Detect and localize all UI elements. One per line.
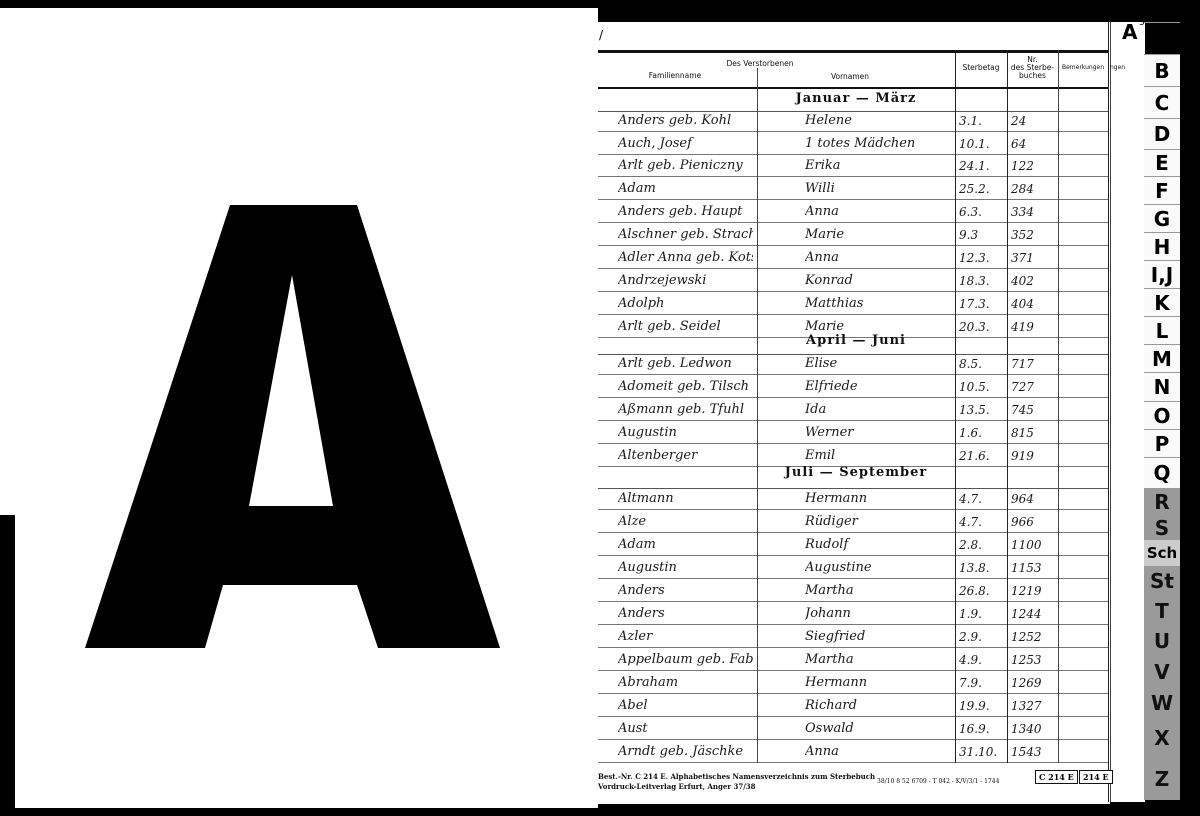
row-rule — [598, 397, 1108, 398]
given-name-cell: Konrad — [805, 272, 953, 290]
death-date-cell: 21.6. — [959, 447, 1005, 465]
death-date-cell: 6.3. — [959, 203, 1005, 221]
alphabet-tab-r[interactable]: R — [1144, 488, 1180, 515]
table-top-rule — [598, 50, 1108, 53]
column-divider-date — [955, 50, 956, 763]
death-date-cell: 1.9. — [959, 605, 1005, 623]
alphabet-tabs: ABCDEFGHI,JKLMNOPQRSSchStTUVWXZ — [1144, 18, 1182, 808]
register-number-cell: 334 — [1011, 203, 1057, 221]
given-name-cell: Willi — [805, 180, 953, 198]
register-number-cell: 404 — [1011, 295, 1057, 313]
register-number-cell: 371 — [1011, 249, 1057, 267]
family-name-cell: Anders — [618, 582, 753, 600]
family-name-cell: Arlt geb. Pieniczny — [618, 157, 753, 175]
alphabet-tab-g[interactable]: G — [1144, 204, 1180, 232]
corner-letter-left: A — [1122, 20, 1137, 44]
row-rule — [598, 532, 1108, 533]
header-bottom-rule — [598, 87, 1108, 89]
row-rule — [598, 716, 1108, 717]
row-rule — [598, 199, 1108, 200]
register-number-cell: 402 — [1011, 272, 1057, 290]
section-title: April — Juni — [757, 333, 955, 348]
row-rule — [598, 268, 1108, 269]
alphabet-tab-v[interactable]: V — [1144, 656, 1180, 687]
family-name-cell: Aßmann geb. Tfuhl — [618, 401, 753, 419]
footer-print-code: 38/10 8 52 6709 - T 042 - K/V/3/1 - 1744 — [877, 778, 999, 785]
given-name-cell: Rudolf — [805, 536, 953, 554]
death-date-cell: 12.3. — [959, 249, 1005, 267]
alphabet-tab-d[interactable]: D — [1144, 118, 1180, 149]
given-name-cell: Erika — [805, 157, 953, 175]
section-title: Januar — März — [757, 91, 955, 106]
death-date-cell: 2.8. — [959, 536, 1005, 554]
death-date-cell: 4.9. — [959, 651, 1005, 669]
given-name-cell: Anna — [805, 743, 953, 761]
row-rule — [598, 131, 1108, 132]
register-number-cell: 727 — [1011, 378, 1057, 396]
family-name-cell: Arndt geb. Jäschke — [618, 743, 753, 761]
row-rule — [598, 578, 1108, 579]
family-name-cell: Arlt geb. Ledwon — [618, 355, 753, 373]
alphabet-tab-f[interactable]: F — [1144, 176, 1180, 204]
alphabet-tab-u[interactable]: U — [1144, 625, 1180, 656]
given-name-cell: Oswald — [805, 720, 953, 738]
given-name-cell: Anna — [805, 203, 953, 221]
column-divider-given — [757, 68, 758, 763]
alphabet-tab-w[interactable]: W — [1144, 687, 1180, 718]
alphabet-tab-k[interactable]: K — [1144, 288, 1180, 316]
family-name-cell: Altenberger — [618, 447, 753, 465]
given-name-cell: Ida — [805, 401, 953, 419]
row-rule — [598, 509, 1108, 510]
alphabet-tab-st[interactable]: St — [1144, 566, 1180, 595]
alphabet-tab-s[interactable]: S — [1144, 515, 1180, 539]
row-rule — [598, 670, 1108, 671]
given-name-cell: Marie — [805, 226, 953, 244]
register-number-cell: 1252 — [1011, 628, 1057, 646]
header-given-names: Vornamen — [780, 73, 920, 81]
header-remarks: Bemerkungen — [1058, 64, 1108, 72]
header-register-number: Nr. des Sterbe- buches — [1007, 56, 1058, 80]
death-date-cell: 24.1. — [959, 157, 1005, 175]
header-group-title: Des Verstorbenen — [700, 60, 820, 68]
family-name-cell: Anders geb. Kohl — [618, 112, 753, 130]
section-rule — [598, 488, 1108, 489]
given-name-cell: Hermann — [805, 674, 953, 692]
alphabet-tab-b[interactable]: B — [1144, 54, 1180, 86]
alphabet-tab-c[interactable]: C — [1144, 86, 1180, 118]
header-death-date: Sterbetag — [955, 64, 1007, 72]
row-rule — [598, 314, 1108, 315]
death-date-cell: 19.9. — [959, 697, 1005, 715]
row-rule — [598, 291, 1108, 292]
row-rule — [598, 443, 1108, 444]
given-name-cell: Emil — [805, 447, 953, 465]
given-name-cell: Siegfried — [805, 628, 953, 646]
row-rule — [598, 176, 1108, 177]
family-name-cell: Augustin — [618, 424, 753, 442]
death-date-cell: 4.7. — [959, 513, 1005, 531]
family-name-cell: Appelbaum geb. Fabian — [618, 651, 753, 669]
alphabet-tab-l[interactable]: L — [1144, 316, 1180, 344]
register-number-cell: 1340 — [1011, 720, 1057, 738]
given-name-cell: Helene — [805, 112, 953, 130]
column-divider-remarks — [1058, 50, 1059, 763]
family-name-cell: Anders — [618, 605, 753, 623]
row-rule — [598, 420, 1108, 421]
family-name-cell: Adam — [618, 536, 753, 554]
given-name-cell: Martha — [805, 582, 953, 600]
family-name-cell: Andrzejewski — [618, 272, 753, 290]
family-name-cell: Adam — [618, 180, 753, 198]
alphabet-tab-a[interactable]: A — [1144, 22, 1180, 54]
page-edge-strip — [1110, 22, 1145, 802]
given-name-cell: Elfriede — [805, 378, 953, 396]
row-rule — [598, 222, 1108, 223]
family-name-cell: Aust — [618, 720, 753, 738]
given-name-cell: Hermann — [805, 490, 953, 508]
death-date-cell: 3.1. — [959, 112, 1005, 130]
row-rule — [598, 601, 1108, 602]
register-number-cell: 919 — [1011, 447, 1057, 465]
alphabet-tab-p[interactable]: P — [1144, 429, 1180, 457]
death-date-cell: 7.9. — [959, 674, 1005, 692]
alphabet-tab-t[interactable]: T — [1144, 595, 1180, 625]
death-date-cell: 8.5. — [959, 355, 1005, 373]
header-family-name: Familienname — [620, 72, 730, 80]
register-number-cell: 122 — [1011, 157, 1057, 175]
family-name-cell: Anders geb. Haupt — [618, 203, 753, 221]
family-name-cell: Auch, Josef — [618, 135, 753, 153]
family-name-cell: Augustin — [618, 559, 753, 577]
row-rule — [598, 762, 1108, 763]
alphabet-tab-sch[interactable]: Sch — [1144, 539, 1180, 566]
given-name-cell: Matthias — [805, 295, 953, 313]
row-rule — [598, 624, 1108, 625]
death-date-cell: 13.8. — [959, 559, 1005, 577]
given-name-cell: 1 totes Mädchen — [805, 135, 953, 153]
death-date-cell: 4.7. — [959, 490, 1005, 508]
form-number-box: C 214 E — [1035, 770, 1078, 784]
death-date-cell: 25.2. — [959, 180, 1005, 198]
row-rule — [598, 739, 1108, 740]
family-name-cell: Adler Anna geb. Kotsiom — [618, 249, 753, 267]
alphabet-tab-ij[interactable]: I,J — [1144, 260, 1180, 288]
page-edge-divider — [1108, 22, 1109, 802]
row-rule — [598, 693, 1108, 694]
alphabet-tab-e[interactable]: E — [1144, 149, 1180, 176]
death-date-cell: 31.10. — [959, 743, 1005, 761]
family-name-cell: Abel — [618, 697, 753, 715]
form-number-short-box: 214 E — [1079, 770, 1113, 784]
alphabet-tab-n[interactable]: N — [1144, 372, 1180, 401]
family-name-cell: Alze — [618, 513, 753, 531]
row-rule — [598, 555, 1108, 556]
death-date-cell: 16.9. — [959, 720, 1005, 738]
footer-order-line: Best.-Nr. C 214 E. Alphabetisches Namens… — [598, 772, 875, 781]
family-name-cell: Abraham — [618, 674, 753, 692]
row-rule — [598, 374, 1108, 375]
death-date-cell: 2.9. — [959, 628, 1005, 646]
death-date-cell: 9.3 — [959, 226, 1005, 244]
death-date-cell: 26.8. — [959, 582, 1005, 600]
given-name-cell: Werner — [805, 424, 953, 442]
given-name-cell: Anna — [805, 249, 953, 267]
register-number-cell: 419 — [1011, 318, 1057, 336]
death-date-cell: 20.3. — [959, 318, 1005, 336]
register-number-cell: 352 — [1011, 226, 1057, 244]
footer-publisher-line: Vordruck-Leitverlag Erfurt, Anger 37/38 — [598, 782, 756, 791]
given-name-cell: Johann — [805, 605, 953, 623]
alphabet-tab-m[interactable]: M — [1144, 344, 1180, 372]
index-letter-graphic — [0, 0, 600, 816]
row-rule — [598, 245, 1108, 246]
family-name-cell: Alschner geb. Strache — [618, 226, 753, 244]
given-name-cell: Rüdiger — [805, 513, 953, 531]
death-date-cell: 10.1. — [959, 135, 1005, 153]
given-name-cell: Martha — [805, 651, 953, 669]
register-number-cell: 815 — [1011, 424, 1057, 442]
register-number-cell: 1244 — [1011, 605, 1057, 623]
family-name-cell: Azler — [618, 628, 753, 646]
register-number-cell: 964 — [1011, 490, 1057, 508]
register-number-cell: 24 — [1011, 112, 1057, 130]
section-title: Juli — September — [757, 465, 955, 480]
family-name-cell: Adomeit geb. Tilsch — [618, 378, 753, 396]
given-name-cell: Richard — [805, 697, 953, 715]
register-number-cell: 64 — [1011, 135, 1057, 153]
register-number-cell: 1153 — [1011, 559, 1057, 577]
register-number-cell: 1219 — [1011, 582, 1057, 600]
family-name-cell: Altmann — [618, 490, 753, 508]
given-name-cell: Augustine — [805, 559, 953, 577]
given-name-cell: Elise — [805, 355, 953, 373]
family-name-cell: Adolph — [618, 295, 753, 313]
death-date-cell: 1.6. — [959, 424, 1005, 442]
register-number-cell: 1327 — [1011, 697, 1057, 715]
register-number-cell: 966 — [1011, 513, 1057, 531]
death-date-cell: 13.5. — [959, 401, 1005, 419]
row-rule — [598, 647, 1108, 648]
alphabet-tab-h[interactable]: H — [1144, 232, 1180, 260]
register-number-cell: 1269 — [1011, 674, 1057, 692]
register-number-cell: 284 — [1011, 180, 1057, 198]
death-date-cell: 10.5. — [959, 378, 1005, 396]
alphabet-tab-x[interactable]: X — [1144, 718, 1180, 756]
alphabet-tab-q[interactable]: Q — [1144, 457, 1180, 488]
register-number-cell: 717 — [1011, 355, 1057, 373]
register-number-cell: 1543 — [1011, 743, 1057, 761]
alphabet-tab-o[interactable]: O — [1144, 401, 1180, 429]
alphabet-tab-z[interactable]: Z — [1144, 756, 1180, 800]
column-divider-nr — [1007, 50, 1008, 763]
row-rule — [598, 154, 1108, 155]
family-name-cell: Arlt geb. Seidel — [618, 318, 753, 336]
register-number-cell: 745 — [1011, 401, 1057, 419]
death-date-cell: 18.3. — [959, 272, 1005, 290]
register-number-cell: 1253 — [1011, 651, 1057, 669]
margin-mark: / — [599, 28, 603, 42]
register-number-cell: 1100 — [1011, 536, 1057, 554]
death-date-cell: 17.3. — [959, 295, 1005, 313]
header-next-column: ngen — [1110, 64, 1140, 72]
